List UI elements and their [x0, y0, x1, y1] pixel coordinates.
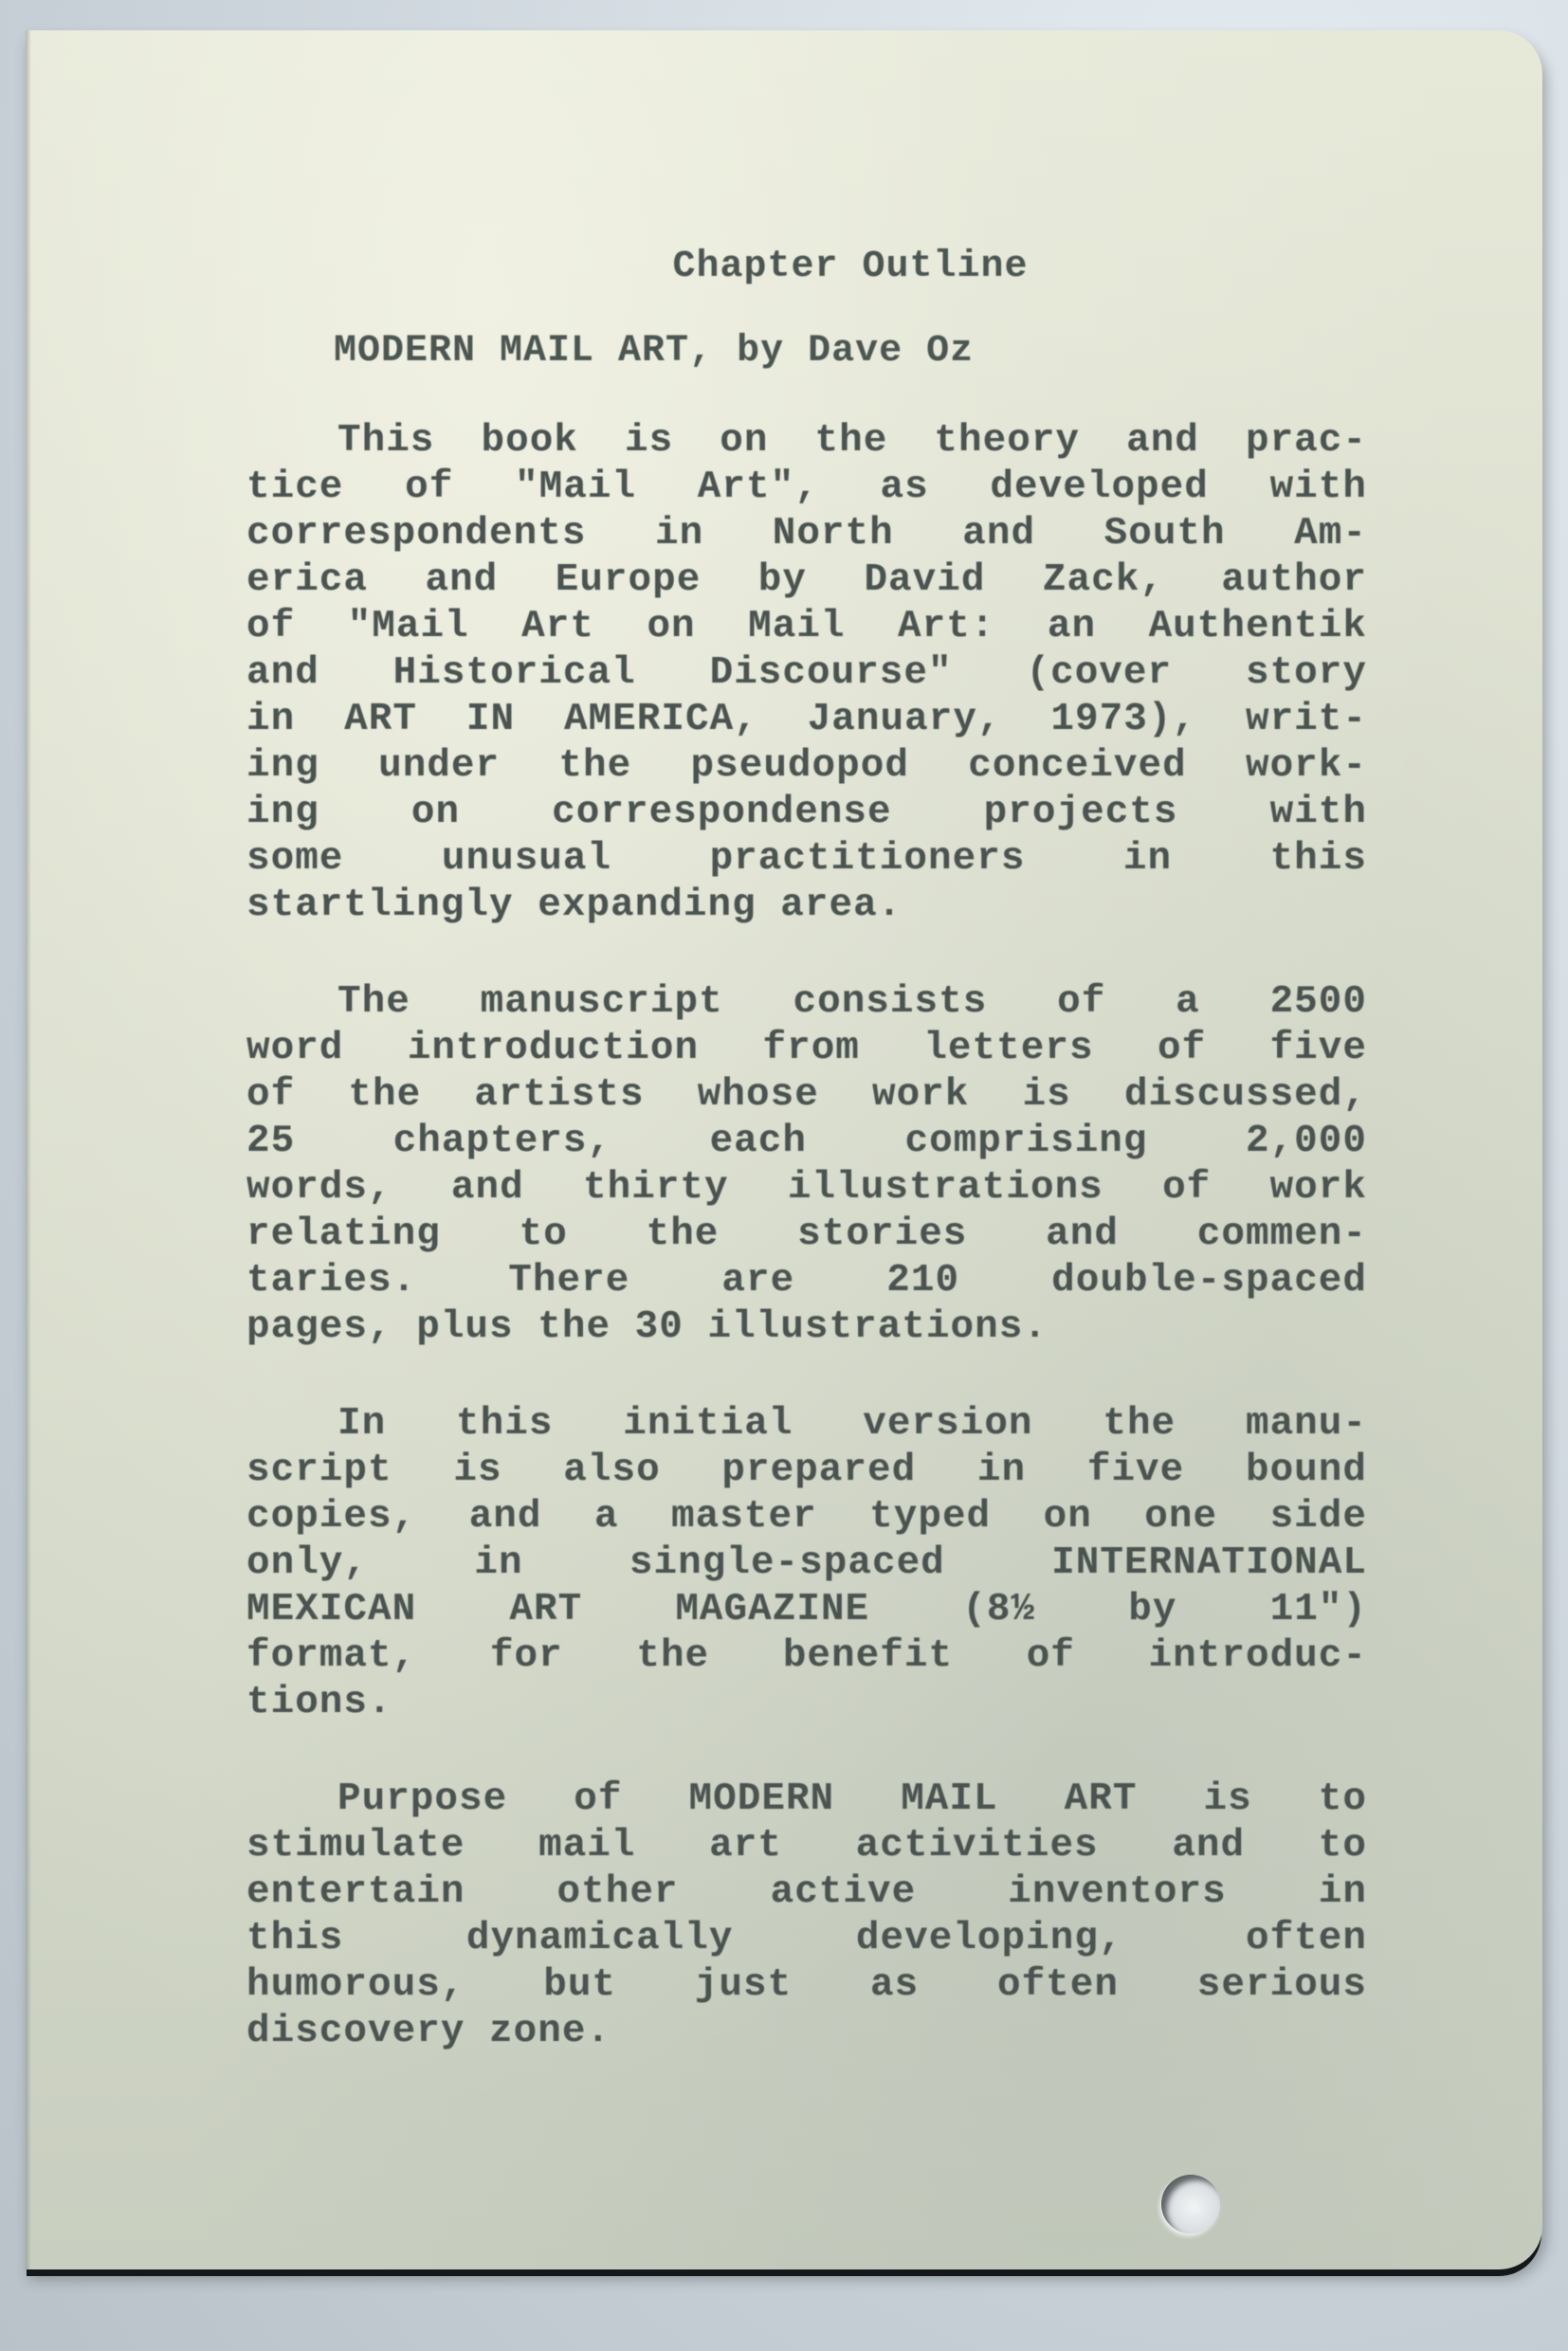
- text-line: entertain other active inventors in: [246, 1869, 1367, 1916]
- text-line: In this initial version the manu-: [246, 1401, 1367, 1448]
- text-line: script is also prepared in five bound: [246, 1448, 1367, 1494]
- text-line: in ART IN AMERICA, January, 1973), writ-: [246, 697, 1367, 743]
- text-line: relating to the stories and commen-: [246, 1212, 1367, 1258]
- paragraph-manuscript: The manuscript consists of a 2500 word i…: [220, 979, 1367, 1351]
- page-title: Chapter Outline: [220, 244, 1367, 290]
- page-left-edge: [26, 30, 31, 2269]
- text-line: of the artists whose work is discussed,: [246, 1072, 1367, 1119]
- text-line: humorous, but just as often serious: [246, 1962, 1367, 2009]
- text-line: erica and Europe by David Zack, author: [246, 557, 1367, 604]
- text-line: The manuscript consists of a 2500: [246, 979, 1367, 1026]
- text-line: MEXICAN ART MAGAZINE (8½ by 11"): [246, 1587, 1367, 1633]
- text-line: Purpose of MODERN MAIL ART is to: [246, 1777, 1367, 1823]
- text-line: some unusual practitioners in this: [246, 836, 1367, 883]
- paragraph-purpose: Purpose of MODERN MAIL ART is to stimula…: [220, 1777, 1367, 2055]
- paragraph-initial-version: In this initial version the manu- script…: [220, 1401, 1367, 1726]
- text-line: ing under the pseudopod conceived work-: [246, 743, 1367, 790]
- text-line: startlingly expanding area.: [246, 883, 1367, 929]
- text-line: and Historical Discourse" (cover story: [246, 650, 1367, 697]
- text-line: pages, plus the 30 illustrations.: [246, 1304, 1367, 1351]
- text-line: tions.: [246, 1680, 1367, 1726]
- text-line: this dynamically developing, often: [246, 1916, 1367, 1962]
- text-line: only, in single-spaced INTERNATIONAL: [246, 1540, 1367, 1587]
- book-title-byline: MODERN MAIL ART, by Dave Oz: [220, 328, 1367, 374]
- text-line: discovery zone.: [246, 2009, 1367, 2055]
- text-line: taries. There are 210 double-spaced: [246, 1258, 1367, 1304]
- paragraph-intro: This book is on the theory and prac- tic…: [220, 418, 1367, 929]
- text-line: ing on correspondense projects with: [246, 790, 1367, 836]
- text-line: stimulate mail art activities and to: [246, 1823, 1367, 1869]
- text-line: tice of "Mail Art", as developed with: [246, 465, 1367, 511]
- text-line: of "Mail Art on Mail Art: an Authentik: [246, 604, 1367, 650]
- punch-hole: [1161, 2175, 1220, 2233]
- text-line: words, and thirty illustrations of work: [246, 1165, 1367, 1212]
- text-line: This book is on the theory and prac-: [246, 418, 1367, 465]
- typed-page: Chapter Outline MODERN MAIL ART, by Dave…: [26, 30, 1542, 2269]
- text-line: correspondents in North and South Am-: [246, 511, 1367, 557]
- text-line: 25 chapters, each comprising 2,000: [246, 1119, 1367, 1165]
- text-line: format, for the benefit of introduc-: [246, 1633, 1367, 1680]
- text-line: copies, and a master typed on one side: [246, 1494, 1367, 1540]
- text-line: word introduction from letters of five: [246, 1026, 1367, 1072]
- page-content: Chapter Outline MODERN MAIL ART, by Dave…: [220, 244, 1367, 2105]
